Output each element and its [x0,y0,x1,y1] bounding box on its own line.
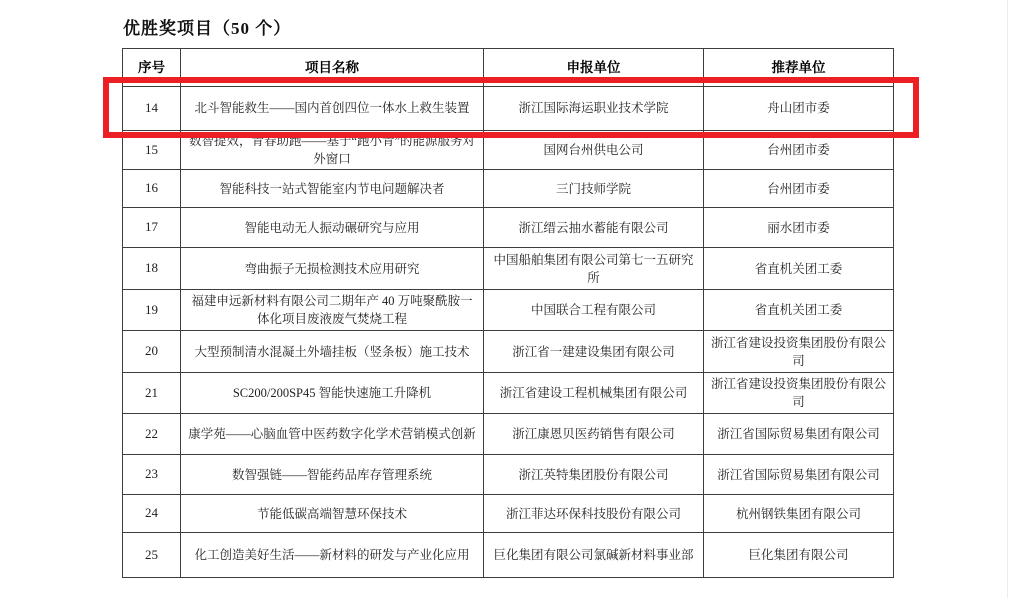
cell-recommender-unit: 杭州钢铁集团有限公司 [704,495,894,533]
cell-serial-number: 16 [123,170,181,208]
column-header-serial: 序号 [123,49,181,87]
table-row: 24 节能低碳高端智慧环保技术 浙江菲达环保科技股份有限公司 杭州钢铁集团有限公… [123,495,894,533]
document-page: 优胜奖项目（50 个） 序号 项目名称 申报单位 推荐单位 14 北斗智能救生—… [0,0,1024,598]
cell-recommender-unit: 舟山团市委 [704,87,894,131]
cell-serial-number: 23 [123,455,181,495]
cell-project-name: 数智提效，青春助跑——基于“跑小青”的能源服务对外窗口 [181,131,484,170]
cell-recommender-unit: 台州团市委 [704,170,894,208]
cell-project-name: 节能低碳高端智慧环保技术 [181,495,484,533]
cell-project-name: 北斗智能救生——国内首创四位一体水上救生装置 [181,87,484,131]
cell-applicant-unit: 浙江英特集团股份有限公司 [484,455,704,495]
cell-project-name: 弯曲振子无损检测技术应用研究 [181,248,484,290]
cell-serial-number: 14 [123,87,181,131]
table-row: 15 数智提效，青春助跑——基于“跑小青”的能源服务对外窗口 国网台州供电公司 … [123,131,894,170]
cell-applicant-unit: 浙江缙云抽水蓄能有限公司 [484,208,704,248]
page-right-edge-divider [1007,0,1008,598]
cell-applicant-unit: 浙江省建设工程机械集团有限公司 [484,373,704,414]
cell-serial-number: 19 [123,290,181,331]
cell-project-name: 智能电动无人振动碾研究与应用 [181,208,484,248]
cell-applicant-unit: 巨化集团有限公司氯碱新材料事业部 [484,533,704,578]
cell-serial-number: 17 [123,208,181,248]
cell-serial-number: 20 [123,331,181,373]
cell-applicant-unit: 浙江国际海运职业技术学院 [484,87,704,131]
table-row: 22 康学苑——心脑血管中医药数字化学术营销模式创新 浙江康恩贝医药销售有限公司… [123,414,894,455]
column-header-project-name: 项目名称 [181,49,484,87]
table-row: 16 智能科技一站式智能室内节电问题解决者 三门技师学院 台州团市委 [123,170,894,208]
cell-serial-number: 25 [123,533,181,578]
table-row: 14 北斗智能救生——国内首创四位一体水上救生装置 浙江国际海运职业技术学院 舟… [123,87,894,131]
cell-recommender-unit: 巨化集团有限公司 [704,533,894,578]
table-row: 20 大型预制清水混凝土外墙挂板（竖条板）施工技术 浙江省一建建设集团有限公司 … [123,331,894,373]
cell-project-name: 化工创造美好生活——新材料的研发与产业化应用 [181,533,484,578]
table-row: 18 弯曲振子无损检测技术应用研究 中国船舶集团有限公司第七一五研究所 省直机关… [123,248,894,290]
cell-recommender-unit: 浙江省国际贸易集团有限公司 [704,455,894,495]
table-header-row: 序号 项目名称 申报单位 推荐单位 [123,49,894,87]
column-header-recommender-unit: 推荐单位 [704,49,894,87]
cell-recommender-unit: 省直机关团工委 [704,290,894,331]
cell-recommender-unit: 浙江省建设投资集团股份有限公司 [704,373,894,414]
award-projects-table: 序号 项目名称 申报单位 推荐单位 14 北斗智能救生——国内首创四位一体水上救… [122,48,894,578]
table-row: 19 福建申远新材料有限公司二期年产 40 万吨聚酰胺一体化项目废液废气焚烧工程… [123,290,894,331]
cell-applicant-unit: 三门技师学院 [484,170,704,208]
cell-project-name: 大型预制清水混凝土外墙挂板（竖条板）施工技术 [181,331,484,373]
cell-recommender-unit: 台州团市委 [704,131,894,170]
table-row: 17 智能电动无人振动碾研究与应用 浙江缙云抽水蓄能有限公司 丽水团市委 [123,208,894,248]
cell-recommender-unit: 浙江省国际贸易集团有限公司 [704,414,894,455]
cell-serial-number: 18 [123,248,181,290]
cell-applicant-unit: 中国船舶集团有限公司第七一五研究所 [484,248,704,290]
cell-serial-number: 21 [123,373,181,414]
column-header-applicant-unit: 申报单位 [484,49,704,87]
table-row: 25 化工创造美好生活——新材料的研发与产业化应用 巨化集团有限公司氯碱新材料事… [123,533,894,578]
cell-project-name: 康学苑——心脑血管中医药数字化学术营销模式创新 [181,414,484,455]
cell-project-name: 智能科技一站式智能室内节电问题解决者 [181,170,484,208]
cell-recommender-unit: 丽水团市委 [704,208,894,248]
cell-applicant-unit: 国网台州供电公司 [484,131,704,170]
cell-applicant-unit: 浙江省一建建设集团有限公司 [484,331,704,373]
cell-recommender-unit: 浙江省建设投资集团股份有限公司 [704,331,894,373]
cell-applicant-unit: 中国联合工程有限公司 [484,290,704,331]
cell-serial-number: 22 [123,414,181,455]
table-row: 23 数智强链——智能药品库存管理系统 浙江英特集团股份有限公司 浙江省国际贸易… [123,455,894,495]
cell-serial-number: 24 [123,495,181,533]
cell-project-name: 福建申远新材料有限公司二期年产 40 万吨聚酰胺一体化项目废液废气焚烧工程 [181,290,484,331]
cell-applicant-unit: 浙江菲达环保科技股份有限公司 [484,495,704,533]
cell-recommender-unit: 省直机关团工委 [704,248,894,290]
cell-project-name: SC200/200SP45 智能快速施工升降机 [181,373,484,414]
table-row: 21 SC200/200SP45 智能快速施工升降机 浙江省建设工程机械集团有限… [123,373,894,414]
section-title: 优胜奖项目（50 个） [123,14,291,39]
cell-project-name: 数智强链——智能药品库存管理系统 [181,455,484,495]
cell-serial-number: 15 [123,131,181,170]
cell-applicant-unit: 浙江康恩贝医药销售有限公司 [484,414,704,455]
